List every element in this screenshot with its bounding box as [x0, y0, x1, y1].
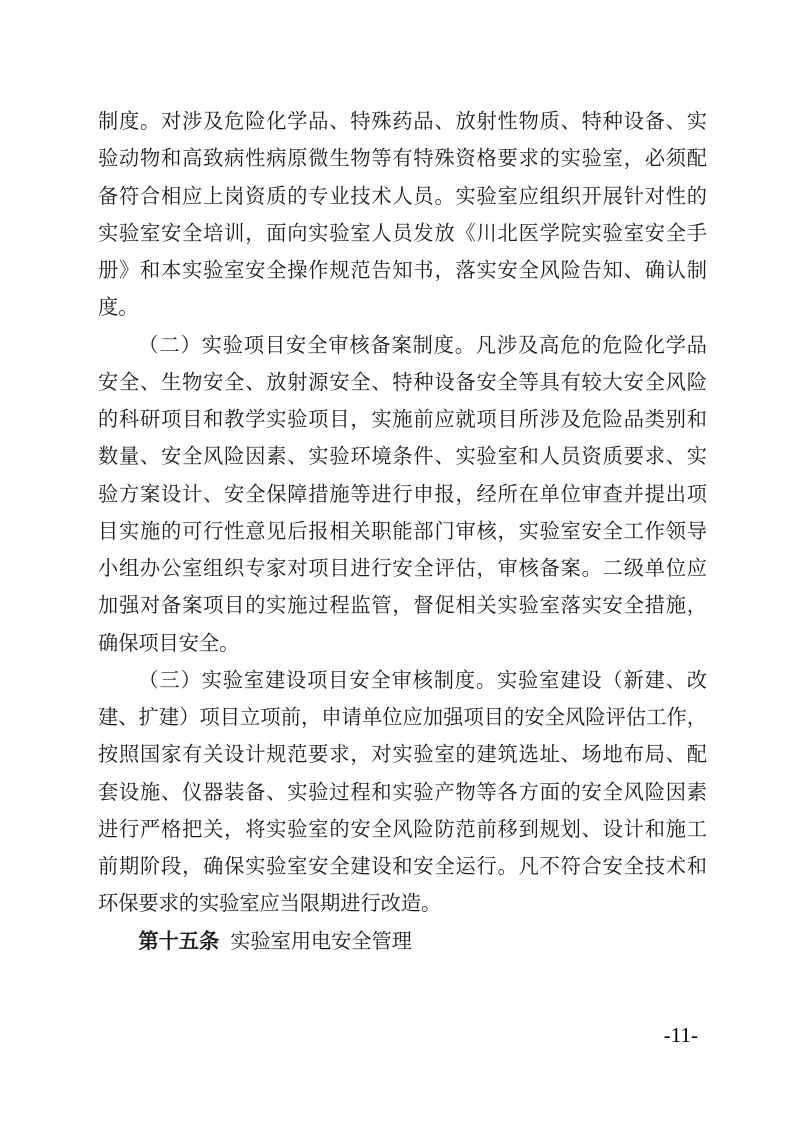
- text-line: 度。: [98, 290, 707, 327]
- text-line: （三）实验室建设项目安全审核制度。实验室建设（新建、改: [98, 663, 707, 700]
- article-heading-title: 实验室用电安全管理: [230, 931, 412, 953]
- document-page: 制度。对涉及危险化学品、特殊药品、放射性物质、特种设备、实 验动物和高致病性病原…: [0, 0, 793, 1122]
- text-line: 确保项目安全。: [98, 626, 707, 663]
- text-line: 进行严格把关，将实验室的安全风险防范前移到规划、设计和施工: [98, 812, 707, 849]
- text-line: 数量、安全风险因素、实验环境条件、实验室和人员资质要求、实: [98, 439, 707, 476]
- text-line: 备符合相应上岗资质的专业技术人员。实验室应组织开展针对性的: [98, 179, 707, 216]
- document-body: 制度。对涉及危险化学品、特殊药品、放射性物质、特种设备、实 验动物和高致病性病原…: [98, 104, 707, 961]
- text-line: 环保要求的实验室应当限期进行改造。: [98, 886, 707, 923]
- text-line: 建、扩建）项目立项前，申请单位应加强项目的安全风险评估工作，: [98, 700, 707, 737]
- text-line: 制度。对涉及危险化学品、特殊药品、放射性物质、特种设备、实: [98, 104, 707, 141]
- article-heading-number: 第十五条: [138, 931, 219, 953]
- text-line: 套设施、仪器装备、实验过程和实验产物等各方面的安全风险因素: [98, 775, 707, 812]
- text-line: 小组办公室组织专家对项目进行安全评估，审核备案。二级单位应: [98, 551, 707, 588]
- article-heading: 第十五条实验室用电安全管理: [98, 924, 707, 961]
- paragraph: （二）实验项目安全审核备案制度。凡涉及高危的危险化学品 安全、生物安全、放射源安…: [98, 328, 707, 663]
- text-line: 按照国家有关设计规范要求，对实验室的建筑选址、场地布局、配: [98, 737, 707, 774]
- text-line: 册》和本实验室安全操作规范告知书，落实安全风险告知、确认制: [98, 253, 707, 290]
- text-line: 验动物和高致病性病原微生物等有特殊资格要求的实验室，必须配: [98, 141, 707, 178]
- paragraph: （三）实验室建设项目安全审核制度。实验室建设（新建、改 建、扩建）项目立项前，申…: [98, 663, 707, 924]
- page-number: -11-: [664, 1022, 698, 1048]
- text-line: 实验室安全培训，面向实验室人员发放《川北医学院实验室安全手: [98, 216, 707, 253]
- text-line: 验方案设计、安全保障措施等进行申报，经所在单位审查并提出项: [98, 477, 707, 514]
- text-line: 目实施的可行性意见后报相关职能部门审核，实验室安全工作领导: [98, 514, 707, 551]
- text-line: 加强对备案项目的实施过程监管，督促相关实验室落实安全措施，: [98, 588, 707, 625]
- paragraph: 制度。对涉及危险化学品、特殊药品、放射性物质、特种设备、实 验动物和高致病性病原…: [98, 104, 707, 328]
- text-line: 安全、生物安全、放射源安全、特种设备安全等具有较大安全风险: [98, 365, 707, 402]
- text-line: 前期阶段，确保实验室安全建设和安全运行。凡不符合安全技术和: [98, 849, 707, 886]
- text-line: （二）实验项目安全审核备案制度。凡涉及高危的危险化学品: [98, 328, 707, 365]
- text-line: 的科研项目和教学实验项目，实施前应就项目所涉及危险品类别和: [98, 402, 707, 439]
